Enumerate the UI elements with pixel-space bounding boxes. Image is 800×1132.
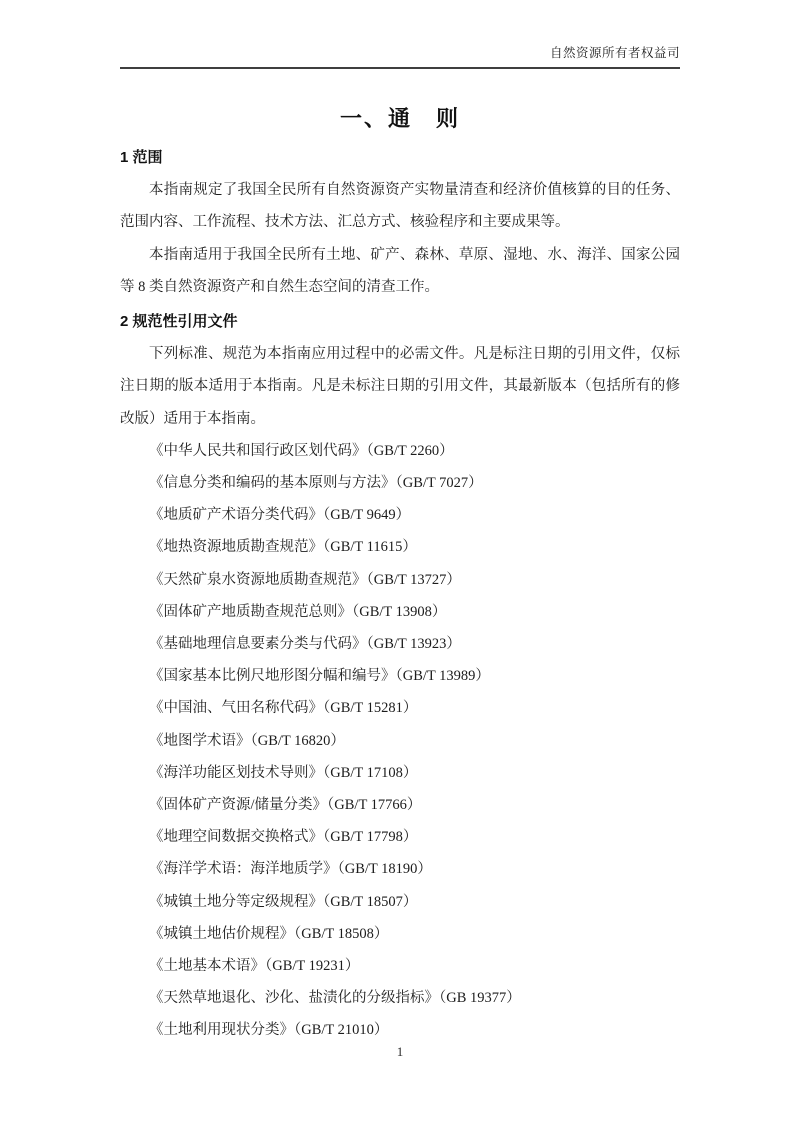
- reference-item: 《中国油、气田名称代码》（GB/T 15281）: [120, 692, 680, 724]
- document-title: 一、通 则: [120, 102, 680, 135]
- reference-standards-list: 《中华人民共和国行政区划代码》（GB/T 2260） 《信息分类和编码的基本原则…: [120, 435, 680, 1047]
- reference-item: 《海洋功能区划技术导则》（GB/T 17108）: [120, 757, 680, 789]
- paragraph-scope-1: 本指南规定了我国全民所有自然资源资产实物量清查和经济价值核算的目的任务、范围内容…: [120, 174, 680, 238]
- reference-item: 《固体矿产地质勘查规范总则》（GB/T 13908）: [120, 596, 680, 628]
- document-page: 自然资源所有者权益司 一、通 则 1 范围 本指南规定了我国全民所有自然资源资产…: [0, 0, 800, 1132]
- reference-item: 《土地基本术语》（GB/T 19231）: [120, 950, 680, 982]
- reference-item: 《地热资源地质勘查规范》（GB/T 11615）: [120, 531, 680, 563]
- reference-item: 《城镇土地估价规程》（GB/T 18508）: [120, 918, 680, 950]
- reference-item: 《固体矿产资源/储量分类》（GB/T 17766）: [120, 789, 680, 821]
- reference-item: 《信息分类和编码的基本原则与方法》（GB/T 7027）: [120, 467, 680, 499]
- reference-item: 《中华人民共和国行政区划代码》（GB/T 2260）: [120, 435, 680, 467]
- reference-item: 《土地利用现状分类》（GB/T 21010）: [120, 1014, 680, 1046]
- page-header: 自然资源所有者权益司: [120, 0, 680, 69]
- paragraph-scope-2: 本指南适用于我国全民所有土地、矿产、森林、草原、湿地、水、海洋、国家公园等 8 …: [120, 239, 680, 303]
- document-body: 1 范围 本指南规定了我国全民所有自然资源资产实物量清查和经济价值核算的目的任务…: [120, 142, 680, 1047]
- reference-item: 《天然矿泉水资源地质勘查规范》（GB/T 13727）: [120, 564, 680, 596]
- page-footer: 1: [0, 1044, 800, 1060]
- reference-item: 《海洋学术语：海洋地质学》（GB/T 18190）: [120, 853, 680, 885]
- reference-item: 《城镇土地分等定级规程》（GB/T 18507）: [120, 886, 680, 918]
- header-department-label: 自然资源所有者权益司: [120, 46, 680, 69]
- reference-item: 《国家基本比例尺地形图分幅和编号》（GB/T 13989）: [120, 660, 680, 692]
- section-heading-normative-references: 2 规范性引用文件: [120, 306, 680, 338]
- paragraph-normative-references-intro: 下列标准、规范为本指南应用过程中的必需文件。凡是标注日期的引用文件，仅标注日期的…: [120, 338, 680, 435]
- reference-item: 《地图学术语》（GB/T 16820）: [120, 725, 680, 757]
- section-heading-scope: 1 范围: [120, 142, 680, 174]
- reference-item: 《地理空间数据交换格式》（GB/T 17798）: [120, 821, 680, 853]
- page-number: 1: [397, 1044, 404, 1059]
- reference-item: 《地质矿产术语分类代码》（GB/T 9649）: [120, 499, 680, 531]
- reference-item: 《天然草地退化、沙化、盐渍化的分级指标》（GB 19377）: [120, 982, 680, 1014]
- reference-item: 《基础地理信息要素分类与代码》（GB/T 13923）: [120, 628, 680, 660]
